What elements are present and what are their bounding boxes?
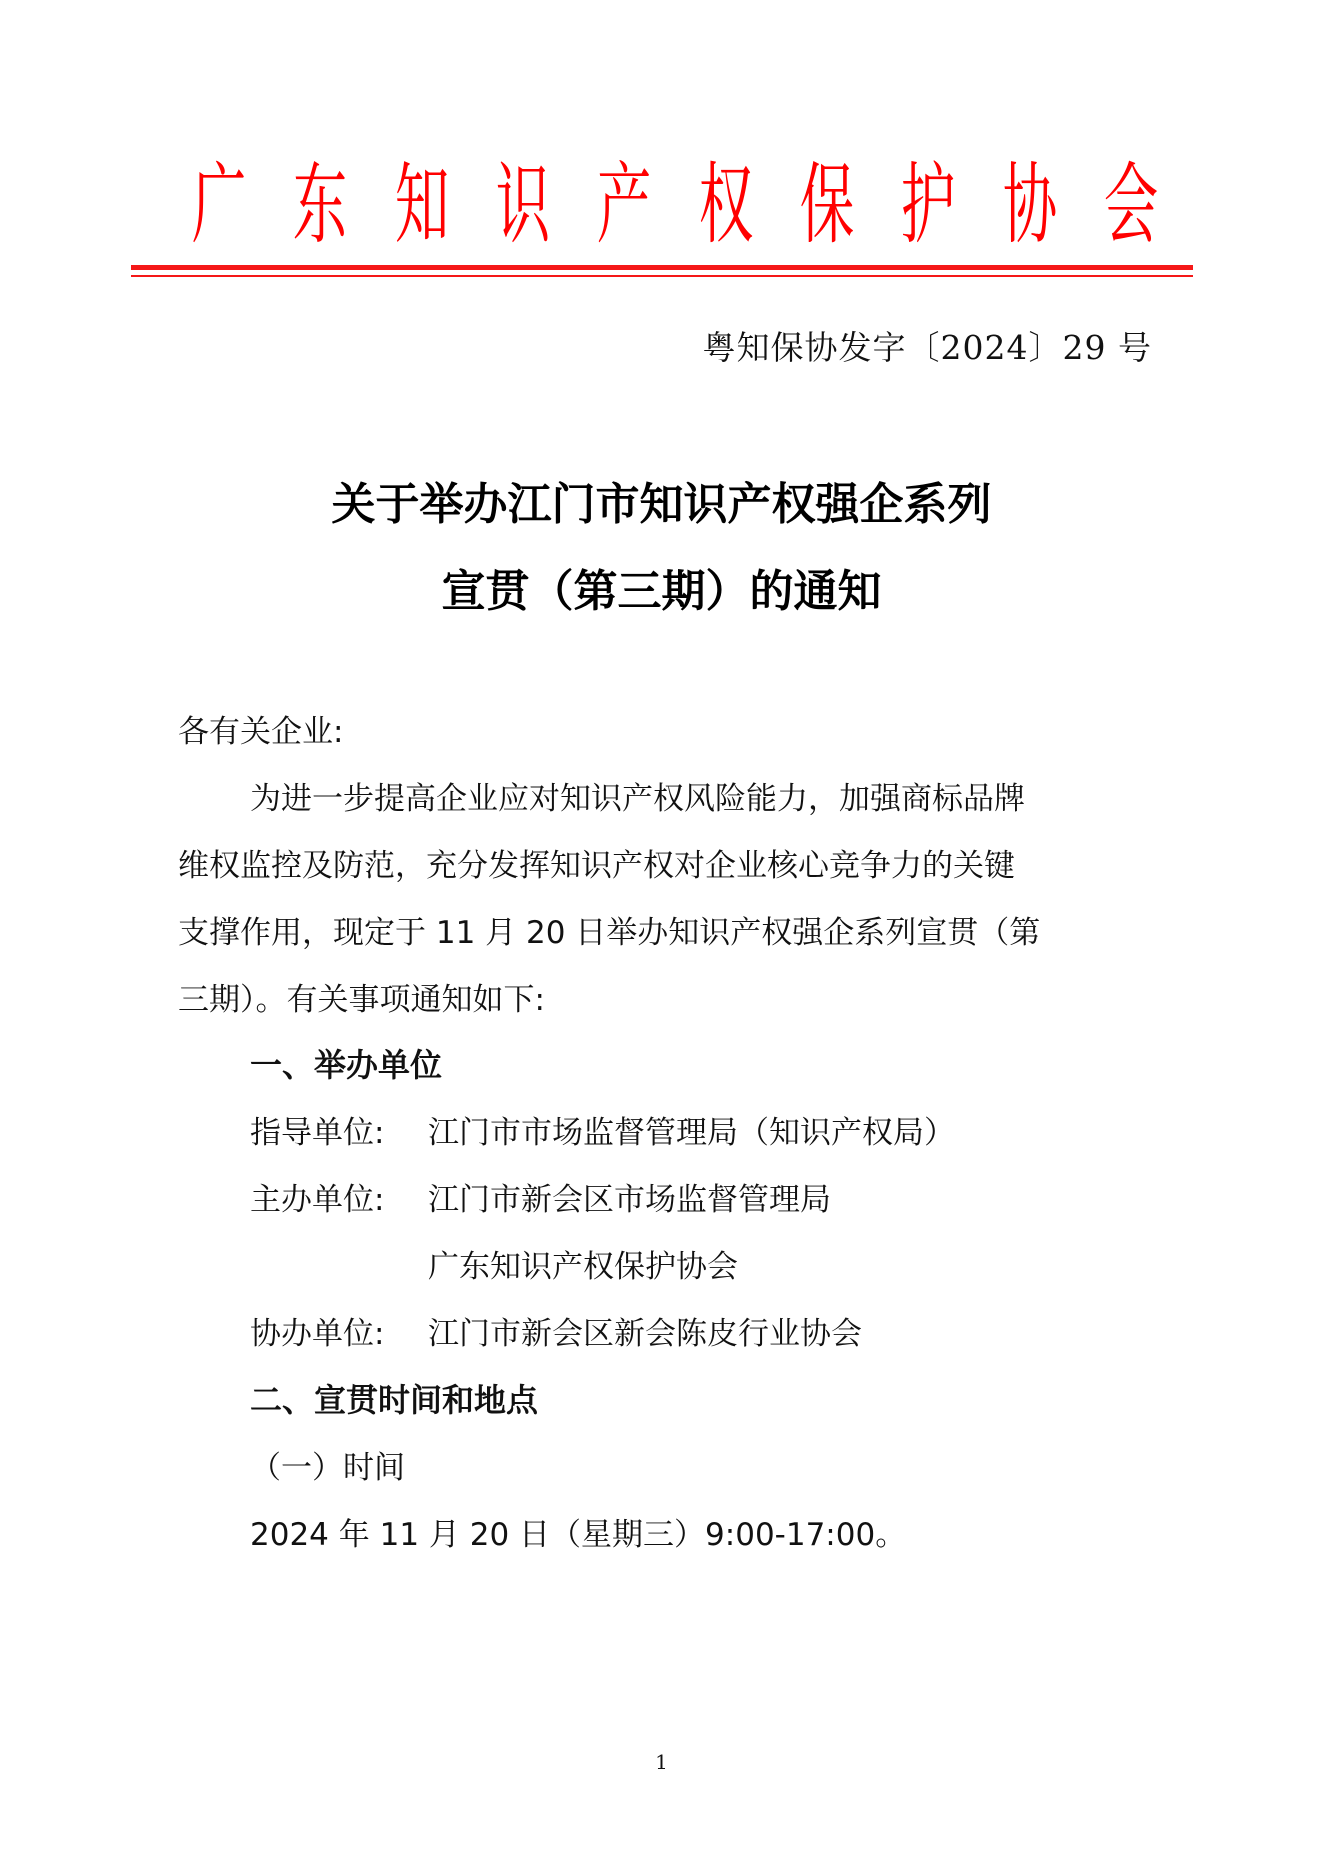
masthead-char: 权 xyxy=(698,161,753,249)
masthead-char: 保 xyxy=(800,161,855,249)
masthead-char: 东 xyxy=(293,161,348,249)
subsection-time-heading: （一）时间 xyxy=(250,1442,405,1487)
document-title-line-1: 关于举办江门市知识产权强企系列 xyxy=(0,468,1323,532)
host-unit-value: 江门市新会区市场监督管理局 xyxy=(428,1174,831,1219)
masthead-char: 护 xyxy=(901,161,956,249)
co-host-unit-value: 江门市新会区新会陈皮行业协会 xyxy=(428,1308,862,1353)
masthead-char: 广 xyxy=(192,161,247,249)
intro-paragraph-line: 支撑作用，现定于 11 月 20 日举办知识产权强企系列宣贯（第 xyxy=(178,907,1040,952)
co-host-unit-label: 协办单位: xyxy=(250,1308,384,1353)
event-time-value: 2024 年 11 月 20 日（星期三）9:00-17:00。 xyxy=(250,1509,906,1554)
intro-paragraph-line: 为进一步提高企业应对知识产权风险能力，加强商标品牌 xyxy=(250,773,1025,818)
guide-unit-value: 江门市市场监督管理局（知识产权局） xyxy=(428,1107,955,1152)
page-number: 1 xyxy=(0,1750,1323,1774)
masthead-char: 知 xyxy=(394,161,449,249)
salutation: 各有关企业: xyxy=(178,706,343,751)
masthead-char: 识 xyxy=(496,161,551,249)
intro-paragraph-line: 三期）。有关事项通知如下: xyxy=(178,974,545,1019)
masthead-organization-name: 广 东 知 识 产 权 保 护 协 会 xyxy=(175,150,1175,260)
masthead-char: 产 xyxy=(597,161,652,249)
intro-paragraph-line: 维权监控及防范，充分发挥知识产权对企业核心竞争力的关键 xyxy=(178,840,1015,885)
document-title-line-2: 宣贯（第三期）的通知 xyxy=(0,555,1323,619)
masthead-char: 协 xyxy=(1002,161,1057,249)
host-unit-label: 主办单位: xyxy=(250,1174,384,1219)
section-1-heading: 一、举办单位 xyxy=(250,1040,442,1086)
section-2-heading: 二、宣贯时间和地点 xyxy=(250,1375,538,1421)
masthead-char: 会 xyxy=(1104,161,1159,249)
masthead-divider-thin xyxy=(131,275,1193,277)
document-page: 广 东 知 识 产 权 保 护 协 会 粤知保协发字〔2024〕29 号 关于举… xyxy=(0,0,1323,1871)
host-unit-value: 广东知识产权保护协会 xyxy=(428,1241,738,1286)
guide-unit-label: 指导单位: xyxy=(250,1107,384,1152)
document-number: 粤知保协发字〔2024〕29 号 xyxy=(703,322,1152,369)
masthead-divider-thick xyxy=(131,265,1193,270)
